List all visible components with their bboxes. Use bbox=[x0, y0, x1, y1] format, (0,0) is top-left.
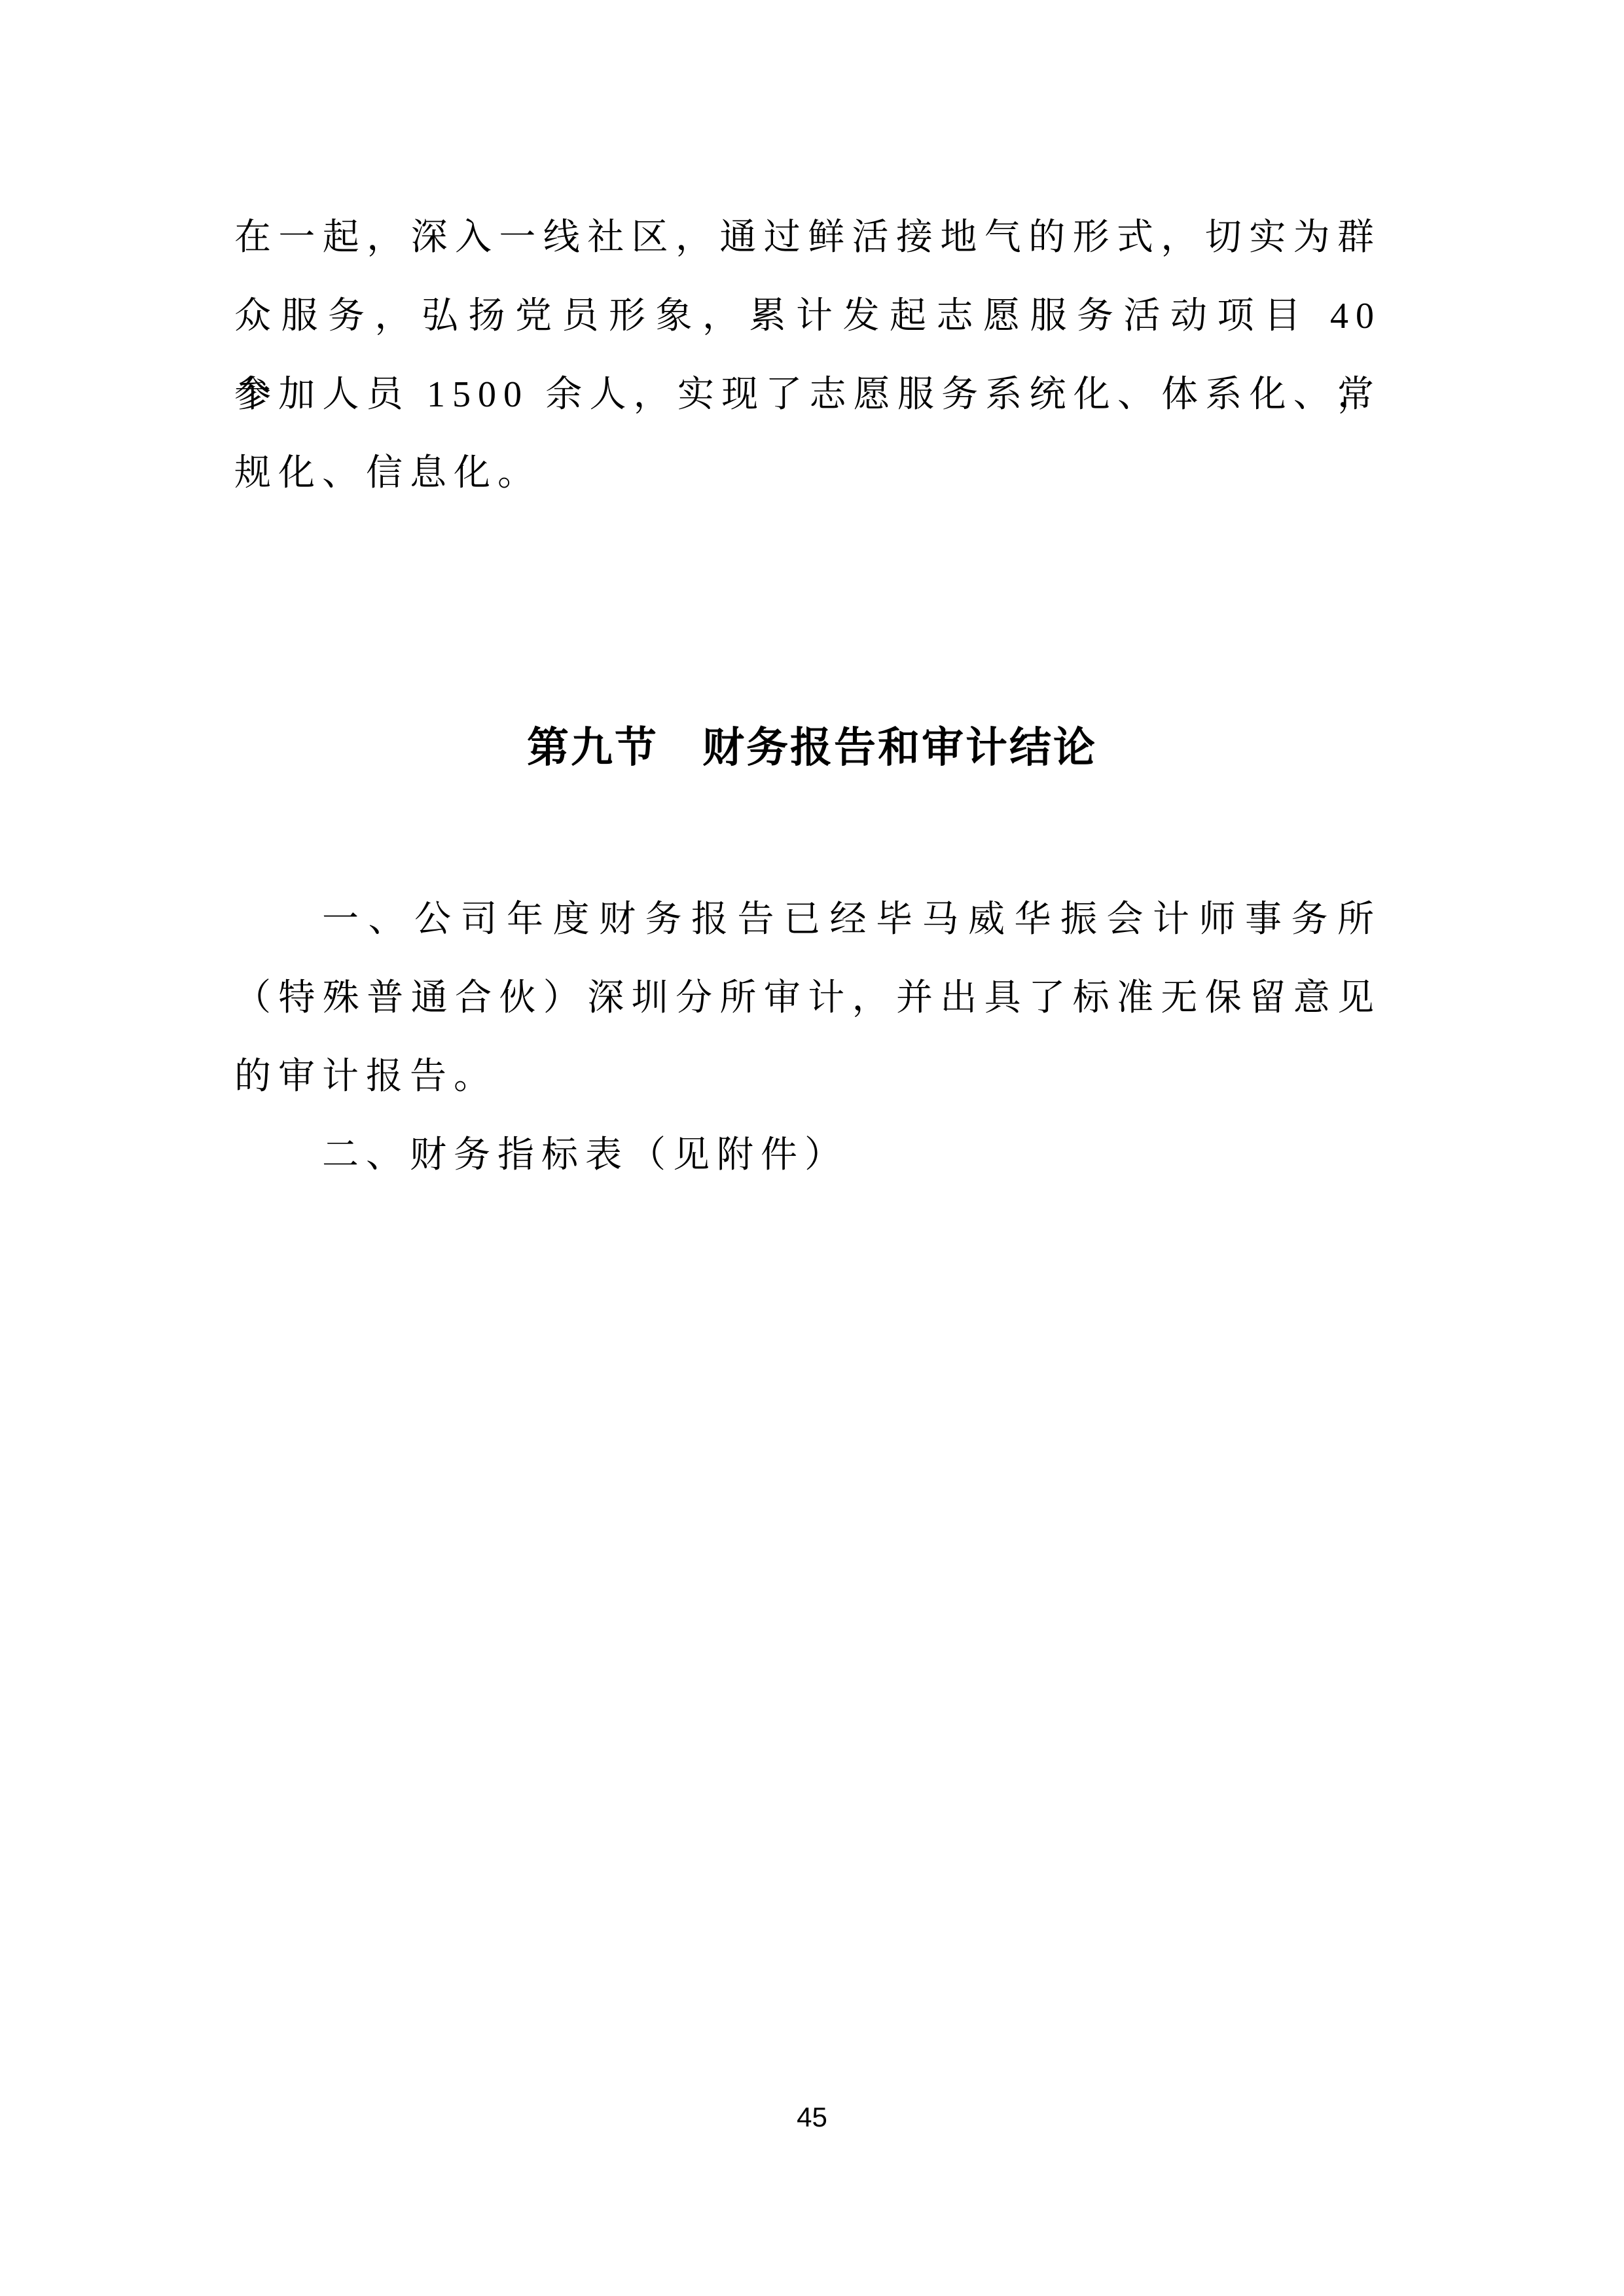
page-number: 45 bbox=[0, 2101, 1624, 2134]
text-line: 的审计报告。 bbox=[234, 1037, 1381, 1116]
paragraph-financial-indicator-table: 二、财务指标表（见附件） bbox=[234, 1116, 1381, 1194]
text-line: 参加人员 1500 余人，实现了志愿服务系统化、体系化、常 bbox=[234, 355, 1381, 434]
text-line: 在一起，深入一线社区，通过鲜活接地气的形式，切实为群 bbox=[234, 198, 1381, 277]
text-line: 规化、信息化。 bbox=[234, 434, 1381, 512]
section-heading: 第九节 财务报告和审计结论 bbox=[0, 708, 1624, 787]
text-line: （特殊普通合伙）深圳分所审计，并出具了标准无保留意见 bbox=[234, 959, 1381, 1037]
document-page: 在一起，深入一线社区，通过鲜活接地气的形式，切实为群 众服务，弘扬党员形象，累计… bbox=[0, 0, 1624, 2296]
text-line: 一、公司年度财务报告已经毕马威华振会计师事务所 bbox=[234, 880, 1381, 959]
paragraph-volunteer-service: 在一起，深入一线社区，通过鲜活接地气的形式，切实为群 众服务，弘扬党员形象，累计… bbox=[234, 198, 1381, 512]
text-line: 二、财务指标表（见附件） bbox=[234, 1116, 1381, 1194]
paragraph-audit-report: 一、公司年度财务报告已经毕马威华振会计师事务所 （特殊普通合伙）深圳分所审计，并… bbox=[234, 880, 1381, 1116]
text-line: 众服务，弘扬党员形象，累计发起志愿服务活动项目 40 个， bbox=[234, 277, 1381, 355]
